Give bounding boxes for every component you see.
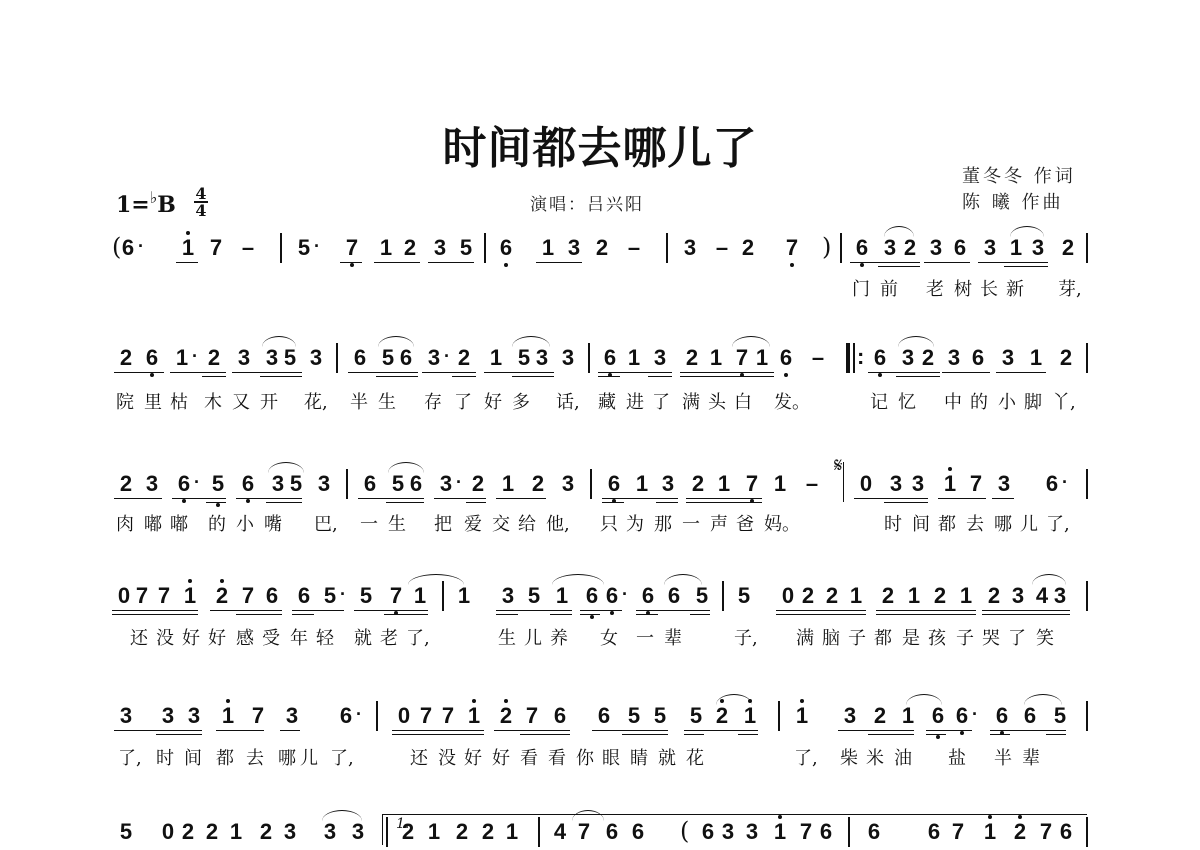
lyric-syllable: 笑 <box>1036 624 1054 650</box>
lyric-syllable: 开 <box>260 388 278 414</box>
slur-tie <box>262 336 296 347</box>
lyric-syllable: 小 <box>998 388 1016 414</box>
note: 5 <box>296 236 312 260</box>
slur-tie <box>408 574 464 585</box>
lyric-syllable: 树 <box>954 275 972 301</box>
note: 2 <box>498 704 514 728</box>
beam-underline <box>978 262 1048 263</box>
repeat-start-thin-bar <box>853 343 855 373</box>
lyric-syllable: 他, <box>546 510 570 536</box>
lyric-syllable: 生 <box>378 388 396 414</box>
lyric-syllable: 时 <box>884 510 902 536</box>
beam-underline <box>434 498 486 499</box>
note: 1 <box>540 236 556 260</box>
note: 6 <box>352 346 368 370</box>
note: 1 <box>1028 346 1044 370</box>
note: 0 <box>116 584 132 608</box>
note: 3 <box>426 346 442 370</box>
lyric-syllable: 儿 <box>524 624 542 650</box>
note: 3 <box>500 584 516 608</box>
key-prefix: 1= <box>116 192 150 218</box>
lyric-syllable: 前 <box>880 275 898 301</box>
lyric-syllable: 儿 <box>1020 510 1038 536</box>
segno-icon: 𝄋 <box>834 453 843 477</box>
beam-underline <box>850 262 920 263</box>
note: 5 <box>322 584 338 608</box>
lyric-syllable: 半 <box>350 388 368 414</box>
sustain-dash: – <box>240 236 256 260</box>
lyric-syllable: 门 <box>852 275 870 301</box>
beam-underline <box>580 610 622 611</box>
note: 3 <box>284 704 300 728</box>
lyric-syllable: 的 <box>970 388 988 414</box>
beam-underline <box>924 262 970 263</box>
lyric-syllable: 爸 <box>736 510 754 536</box>
lyric-syllable: 就 <box>658 744 676 770</box>
beam-underline <box>292 614 314 615</box>
note: 1 <box>716 472 732 496</box>
beam-underline <box>374 262 420 263</box>
beam-underline <box>878 266 920 267</box>
augmentation-dot: · <box>194 472 200 493</box>
note: 2 <box>214 584 230 608</box>
open-paren: ( <box>112 233 121 261</box>
lyric-syllable: 了 <box>454 388 472 414</box>
note: 5 <box>282 346 298 370</box>
time-signature-bottom: 4 <box>194 203 208 218</box>
slur-tie <box>1010 226 1044 237</box>
note: 2 <box>740 236 756 260</box>
beam-underline <box>176 262 198 263</box>
beam-underline <box>868 734 914 735</box>
note: 6 <box>408 472 424 496</box>
lyric-syllable: 子 <box>848 624 866 650</box>
volta-bracket <box>382 814 1087 845</box>
beam-underline <box>266 502 302 503</box>
lyric-syllable: 感 <box>236 624 254 650</box>
barline <box>1086 581 1088 611</box>
note: 6 <box>584 584 600 608</box>
beam-underline <box>926 734 946 735</box>
note: 3 <box>1030 236 1046 260</box>
note: 3 <box>842 704 858 728</box>
note: 3 <box>560 472 576 496</box>
note: 3 <box>144 472 160 496</box>
note: 6 <box>176 472 192 496</box>
lyric-syllable: 生 <box>388 510 406 536</box>
note: 2 <box>690 472 706 496</box>
note: 5 <box>516 346 532 370</box>
augmentation-dot: · <box>138 236 144 257</box>
barline <box>722 581 724 611</box>
beam-underline <box>340 262 362 263</box>
beam-underline <box>392 730 484 731</box>
lyric-syllable: 院 <box>116 388 134 414</box>
lyric-syllable: 好 <box>484 388 502 414</box>
note: 2 <box>258 820 274 844</box>
lyric-syllable: 为 <box>626 510 644 536</box>
lyric-syllable: 女 <box>600 624 618 650</box>
barline <box>376 701 378 731</box>
lyric-syllable: 满 <box>796 624 814 650</box>
beam-underline <box>992 498 1014 499</box>
note: 6 <box>552 704 568 728</box>
octave-down-dot <box>790 263 794 267</box>
lyric-syllable: 子 <box>956 624 974 650</box>
lyric-syllable: 存 <box>424 388 442 414</box>
note: 6 <box>144 346 160 370</box>
note: 1 <box>634 472 650 496</box>
lyric-syllable: 的 <box>208 510 226 536</box>
note: 3 <box>910 472 926 496</box>
note: 6 <box>604 584 620 608</box>
note: 0 <box>858 472 874 496</box>
lyric-syllable: 米 <box>866 744 884 770</box>
note: 3 <box>560 346 576 370</box>
beam-underline <box>592 730 668 731</box>
octave-up-dot <box>800 699 804 703</box>
augmentation-dot: · <box>1062 472 1068 493</box>
note: 3 <box>1000 346 1016 370</box>
beam-underline <box>982 614 1070 615</box>
note: 3 <box>308 346 324 370</box>
augmentation-dot: · <box>356 704 362 725</box>
lyric-syllable: 就 <box>354 624 372 650</box>
lyric-syllable: 哪 <box>994 510 1012 536</box>
slur-tie <box>906 694 942 705</box>
beam-underline <box>990 730 1066 731</box>
augmentation-dot: · <box>340 584 346 605</box>
note: 1 <box>772 472 788 496</box>
note: 2 <box>800 584 816 608</box>
note: 3 <box>660 472 676 496</box>
octave-down-dot <box>878 373 882 377</box>
note: 5 <box>626 704 642 728</box>
lyric-syllable: 把 <box>434 510 452 536</box>
note: 5 <box>118 820 134 844</box>
note: 2 <box>986 584 1002 608</box>
barline <box>346 469 348 499</box>
note: 3 <box>350 820 366 844</box>
note: 5 <box>526 584 542 608</box>
lyric-syllable: 白 <box>734 388 752 414</box>
lyric-syllable: 脚 <box>1024 388 1042 414</box>
note: 7 <box>734 346 750 370</box>
note: 2 <box>470 472 486 496</box>
note: 3 <box>882 236 898 260</box>
key-signature: 1=♭B <box>116 192 176 218</box>
beam-underline <box>280 730 300 731</box>
lyric-syllable: 油 <box>894 744 912 770</box>
lyric-syllable: 了, <box>406 624 430 650</box>
note: 6 <box>640 584 656 608</box>
lyric-syllable: 好 <box>182 624 200 650</box>
sustain-dash: – <box>810 346 826 370</box>
slur-tie <box>664 574 702 585</box>
note: 6 <box>606 472 622 496</box>
note: 6 <box>666 584 682 608</box>
beam-underline <box>656 502 678 503</box>
note: 2 <box>684 346 700 370</box>
beam-underline <box>292 610 344 611</box>
note: 6 <box>954 704 970 728</box>
lyric-syllable: 芽, <box>1058 275 1082 301</box>
lyric-syllable: 柴 <box>840 744 858 770</box>
lyric-syllable: 里 <box>144 388 162 414</box>
note: 1 <box>412 584 428 608</box>
beam-underline <box>854 498 928 499</box>
note: 3 <box>1010 584 1026 608</box>
lyric-syllable: 去 <box>246 744 264 770</box>
lyric-syllable: 进 <box>626 388 644 414</box>
close-paren: ) <box>822 233 831 261</box>
lyric-syllable: 盐 <box>948 744 966 770</box>
note: 2 <box>714 704 730 728</box>
beam-underline <box>602 498 678 499</box>
lyric-syllable: 记 <box>870 388 888 414</box>
note: 3 <box>682 236 698 260</box>
note: 2 <box>530 472 546 496</box>
octave-up-dot <box>472 699 476 703</box>
lyric-syllable: 看 <box>548 744 566 770</box>
note: 4 <box>1034 584 1050 608</box>
beam-underline <box>112 614 198 615</box>
slur-tie <box>1024 694 1062 705</box>
note: 6 <box>970 346 986 370</box>
note: 7 <box>524 704 540 728</box>
beam-underline <box>260 376 302 377</box>
note: 7 <box>784 236 800 260</box>
note: 1 <box>500 472 516 496</box>
lyric-syllable: 嘟 <box>144 510 162 536</box>
beam-underline <box>550 614 572 615</box>
lyric-syllable: 妈。 <box>764 510 800 536</box>
flat-icon: ♭ <box>150 188 158 207</box>
lyric-syllable: 发。 <box>774 388 810 414</box>
lyric-syllable: 嘴 <box>264 510 282 536</box>
beam-underline <box>990 734 1010 735</box>
note: 3 <box>118 704 134 728</box>
slur-tie <box>1032 574 1066 585</box>
augmentation-dot: · <box>314 236 320 257</box>
lyric-syllable: 都 <box>938 510 956 536</box>
slur-tie <box>898 336 934 347</box>
note: 1 <box>958 584 974 608</box>
note: 2 <box>920 346 936 370</box>
lyric-syllable: 没 <box>156 624 174 650</box>
lyric-syllable: 头 <box>708 388 726 414</box>
note: 3 <box>900 346 916 370</box>
note: 1 <box>848 584 864 608</box>
note: 5 <box>1052 704 1068 728</box>
beam-underline <box>466 502 486 503</box>
beam-underline <box>520 734 570 735</box>
note: 2 <box>456 346 472 370</box>
beam-underline <box>114 730 202 731</box>
lyric-syllable: 话, <box>556 388 580 414</box>
beam-underline <box>156 734 202 735</box>
note: 7 <box>968 472 984 496</box>
note: 6 <box>854 236 870 260</box>
beam-underline <box>496 614 518 615</box>
note: 6 <box>240 472 256 496</box>
lyric-syllable: 多 <box>512 388 530 414</box>
lyric-syllable: 了, <box>118 744 142 770</box>
beam-underline <box>232 372 302 373</box>
note: 3 <box>316 472 332 496</box>
lyric-syllable: 哪 <box>278 744 296 770</box>
lyric-syllable: 爱 <box>464 510 482 536</box>
beam-underline <box>1046 734 1066 735</box>
beam-underline <box>648 376 672 377</box>
barline <box>778 701 780 731</box>
note: 7 <box>134 584 150 608</box>
lyric-syllable: 巴, <box>314 510 338 536</box>
beam-underline <box>376 376 418 377</box>
beam-underline <box>868 372 940 373</box>
note: 0 <box>396 704 412 728</box>
beam-underline <box>622 734 668 735</box>
lyric-syllable: 哭 <box>982 624 1000 650</box>
slur-tie <box>884 226 914 237</box>
note: 1 <box>794 704 810 728</box>
augmentation-dot: · <box>972 704 978 725</box>
note: 6 <box>1022 704 1038 728</box>
octave-down-dot <box>610 611 614 615</box>
beam-underline <box>1004 266 1048 267</box>
lyric-syllable: 辈 <box>1022 744 1040 770</box>
lyric-syllable: 老 <box>380 624 398 650</box>
lyric-syllable: 受 <box>262 624 280 650</box>
note: 6 <box>498 236 514 260</box>
octave-down-dot <box>960 731 964 735</box>
lyric-syllable: 儿 <box>300 744 318 770</box>
lyric-syllable: 还 <box>130 624 148 650</box>
beam-underline <box>602 502 624 503</box>
note: 2 <box>902 236 918 260</box>
beam-underline <box>996 372 1046 373</box>
lyric-syllable: 孩 <box>928 624 946 650</box>
barline <box>1086 701 1088 731</box>
lyric-syllable: 都 <box>216 744 234 770</box>
beam-underline <box>776 610 866 611</box>
beam-underline <box>598 376 620 377</box>
barline <box>666 233 668 263</box>
note: 6 <box>398 346 414 370</box>
beam-underline <box>982 610 1070 611</box>
lyric-syllable: 了 <box>652 388 670 414</box>
beam-underline <box>896 376 940 377</box>
lyric-syllable: 睛 <box>630 744 648 770</box>
beam-underline <box>386 502 424 503</box>
beam-underline <box>684 730 758 731</box>
note: 3 <box>322 820 338 844</box>
note: 3 <box>432 236 448 260</box>
beam-underline <box>686 502 762 503</box>
beam-underline <box>428 262 474 263</box>
lyric-syllable: 眼 <box>602 744 620 770</box>
note: 7 <box>344 236 360 260</box>
beam-underline <box>938 498 986 499</box>
note: 1 <box>182 584 198 608</box>
beam-underline <box>210 610 282 611</box>
note: 2 <box>118 472 134 496</box>
note: 5 <box>380 346 396 370</box>
lyric-syllable: 是 <box>902 624 920 650</box>
note: 1 <box>228 820 244 844</box>
beam-underline <box>876 614 976 615</box>
singer-credit: 演唱：吕兴阳 <box>530 190 644 215</box>
note: 6 <box>602 346 618 370</box>
note: 5 <box>390 472 406 496</box>
beam-underline <box>686 498 762 499</box>
beam-underline <box>392 734 484 735</box>
beam-underline <box>690 614 710 615</box>
note: 1 <box>708 346 724 370</box>
beam-underline <box>236 614 282 615</box>
segno-barline <box>843 462 844 502</box>
note: 3 <box>236 346 252 370</box>
note: 5 <box>210 472 226 496</box>
beam-underline <box>926 730 972 731</box>
lyric-syllable: 满 <box>682 388 700 414</box>
note: 6 <box>778 346 794 370</box>
beam-underline <box>348 372 418 373</box>
slur-tie <box>552 574 604 585</box>
lyric-syllable: 养 <box>550 624 568 650</box>
lyric-syllable: 还 <box>410 744 428 770</box>
note: 6 <box>338 704 354 728</box>
beam-underline <box>236 498 302 499</box>
lyric-syllable: 小 <box>236 510 254 536</box>
octave-down-dot <box>860 263 864 267</box>
barline <box>1086 343 1088 373</box>
note: 3 <box>946 346 962 370</box>
lyric-syllable: 轻 <box>316 624 334 650</box>
lyric-syllable: 声 <box>710 510 728 536</box>
augmentation-dot: · <box>456 472 462 493</box>
note: 3 <box>186 704 202 728</box>
barline <box>1086 469 1088 499</box>
note: 3 <box>282 820 298 844</box>
note: 2 <box>594 236 610 260</box>
lyric-syllable: 中 <box>944 388 962 414</box>
lyric-syllable: 了 <box>1008 624 1026 650</box>
barline <box>280 233 282 263</box>
note: 1 <box>378 236 394 260</box>
beam-underline <box>680 372 774 373</box>
note: 2 <box>872 704 888 728</box>
lyric-syllable: 忆 <box>898 388 916 414</box>
beam-underline <box>358 498 424 499</box>
score-page: 时间都去哪儿了 董冬冬 作词 陈 曦 作曲 演唱：吕兴阳 1=♭B 4 4 6·… <box>0 0 1200 850</box>
lyric-syllable: 去 <box>966 510 984 536</box>
beam-underline <box>484 372 554 373</box>
lyric-syllable: 藏 <box>598 388 616 414</box>
beam-underline <box>942 372 990 373</box>
note: 7 <box>250 704 266 728</box>
note: 2 <box>1058 346 1074 370</box>
note: 7 <box>744 472 760 496</box>
note: 1 <box>942 472 958 496</box>
lyric-syllable: 你 <box>576 744 594 770</box>
note: 2 <box>1060 236 1076 260</box>
note: 6 <box>596 704 612 728</box>
lyric-syllable: 老 <box>926 275 944 301</box>
beam-underline <box>876 610 976 611</box>
beam-underline <box>112 610 198 611</box>
note: 6 <box>930 704 946 728</box>
